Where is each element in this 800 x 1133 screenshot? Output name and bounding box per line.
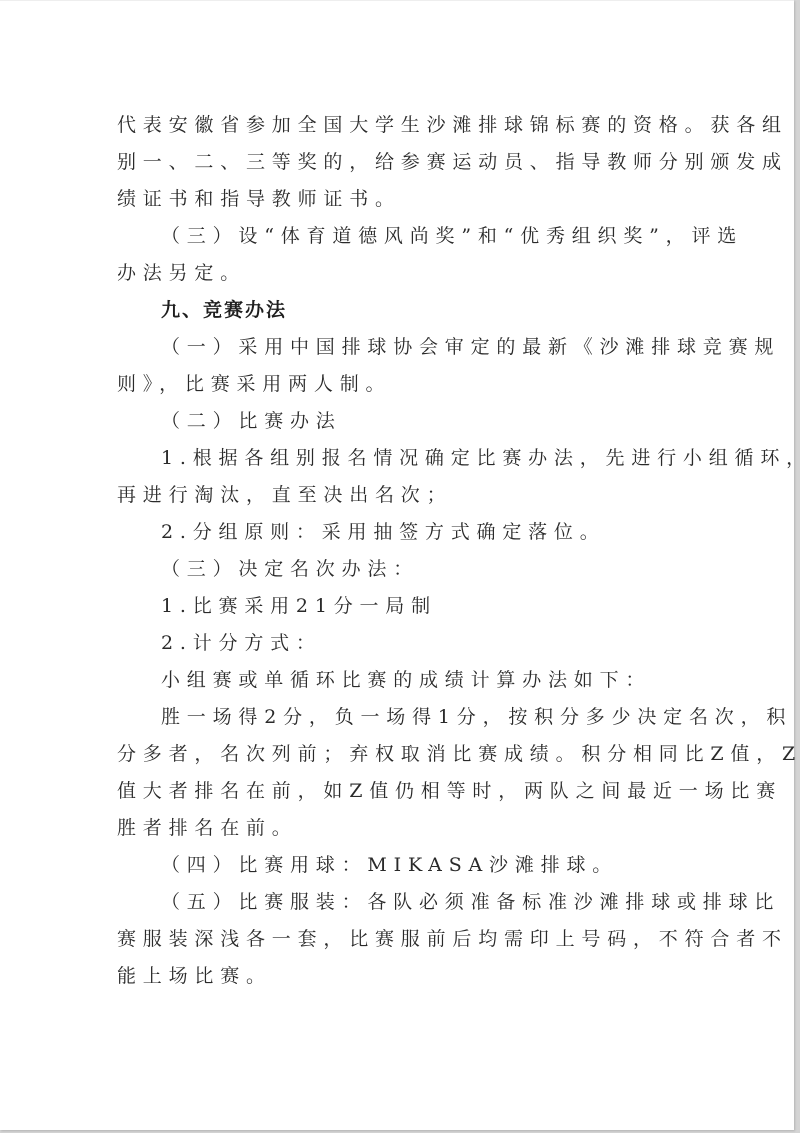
subsection-heading: （三）决定名次办法：	[117, 551, 677, 588]
text-line: 能上场比赛。	[117, 958, 677, 995]
text-line: 办法另定。	[117, 255, 677, 292]
text-line: 绩证书和指导教师证书。	[117, 181, 677, 218]
text-line: 胜一场得2分，负一场得1分，按积分多少决定名次，积	[117, 699, 677, 736]
text-line: （三）设“体育道德风尚奖”和“优秀组织奖”，评选	[117, 218, 677, 255]
text-line: 赛服装深浅各一套，比赛服前后均需印上号码，不符合者不	[117, 921, 677, 958]
text-line: 代表安徽省参加全国大学生沙滩排球锦标赛的资格。获各组	[117, 107, 677, 144]
document-body: 代表安徽省参加全国大学生沙滩排球锦标赛的资格。获各组 别一、二、三等奖的，给参赛…	[117, 107, 677, 995]
subsection-heading: （二）比赛办法	[117, 403, 677, 440]
text-line: 别一、二、三等奖的，给参赛运动员、指导教师分别颁发成	[117, 144, 677, 181]
text-line: 小组赛或单循环比赛的成绩计算办法如下：	[117, 662, 677, 699]
section-heading: 九、竞赛办法	[117, 292, 677, 329]
text-line: 1.比赛采用21分一局制	[117, 588, 677, 625]
text-line: （一）采用中国排球协会审定的最新《沙滩排球竞赛规	[117, 329, 677, 366]
text-line: 胜者排名在前。	[117, 810, 677, 847]
text-line: 2.计分方式：	[117, 625, 677, 662]
text-line: （四）比赛用球：MIKASA沙滩排球。	[117, 847, 677, 884]
text-line: 再进行淘汰，直至决出名次；	[117, 477, 677, 514]
text-line: 1.根据各组别报名情况确定比赛办法，先进行小组循环，	[117, 440, 677, 477]
text-line: 分多者，名次列前；弃权取消比赛成绩。积分相同比Z值，Z	[117, 736, 677, 773]
text-line: 2.分组原则：采用抽签方式确定落位。	[117, 514, 677, 551]
text-line: （五）比赛服装：各队必须准备标准沙滩排球或排球比	[117, 884, 677, 921]
text-line: 则》，比赛采用两人制。	[117, 366, 677, 403]
document-page: 代表安徽省参加全国大学生沙滩排球锦标赛的资格。获各组 别一、二、三等奖的，给参赛…	[0, 0, 794, 1130]
text-line: 值大者排名在前，如Z值仍相等时，两队之间最近一场比赛	[117, 773, 677, 810]
